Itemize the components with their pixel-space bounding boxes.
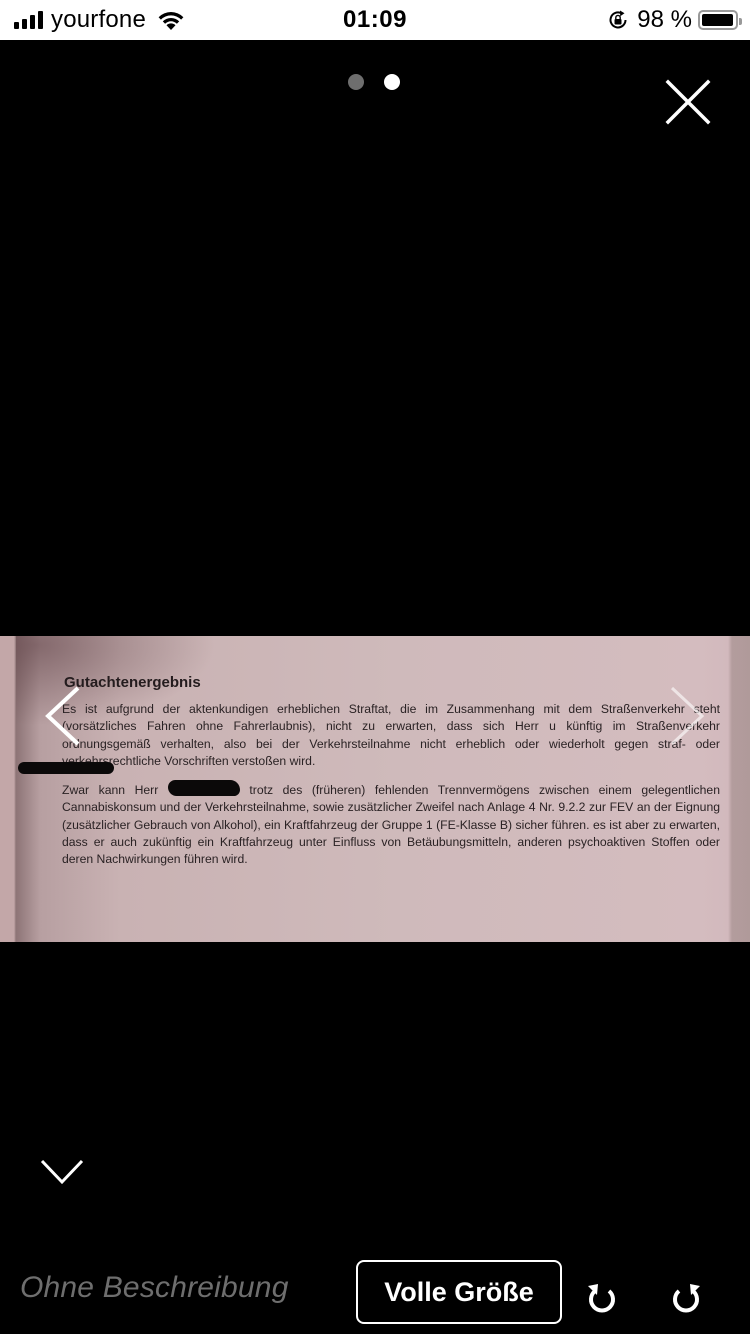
document-photo[interactable]: Gutachtenergebnis Es ist aufgrund der ak… bbox=[0, 636, 750, 942]
document-title: Gutachtenergebnis bbox=[64, 674, 720, 691]
full-size-button[interactable]: Volle Größe bbox=[356, 1260, 562, 1324]
battery-percent: 98 % bbox=[637, 6, 692, 34]
document-paragraph-2: Zwar kann Herr trotz des (früheren) fehl… bbox=[62, 780, 720, 868]
page-indicator bbox=[348, 74, 400, 90]
rotation-lock-icon bbox=[607, 9, 629, 31]
chevron-left-icon[interactable] bbox=[42, 684, 82, 748]
chevron-right-icon[interactable] bbox=[668, 684, 708, 748]
status-bar: yourfone 01:09 98 % bbox=[0, 0, 750, 40]
image-description[interactable]: Ohne Beschreibung bbox=[20, 1271, 289, 1305]
redaction-mark bbox=[18, 762, 114, 774]
battery-level bbox=[702, 14, 733, 26]
paragraph-2-text-a: Zwar kann Herr bbox=[62, 783, 168, 797]
document-paragraph-1: Es ist aufgrund der aktenkundigen erhebl… bbox=[62, 701, 720, 770]
battery-icon bbox=[698, 10, 738, 30]
document-content: Gutachtenergebnis Es ist aufgrund der ak… bbox=[56, 674, 720, 879]
status-bar-right: 98 % bbox=[607, 6, 738, 34]
battery-tip bbox=[739, 18, 742, 25]
page-dot[interactable] bbox=[348, 74, 364, 90]
chevron-down-icon[interactable] bbox=[40, 1158, 84, 1186]
redaction-mark bbox=[168, 780, 240, 796]
page-dot[interactable] bbox=[384, 74, 400, 90]
close-icon[interactable] bbox=[664, 78, 712, 126]
rotate-counterclockwise-icon[interactable] bbox=[668, 1278, 704, 1318]
rotate-clockwise-icon[interactable] bbox=[584, 1278, 620, 1318]
